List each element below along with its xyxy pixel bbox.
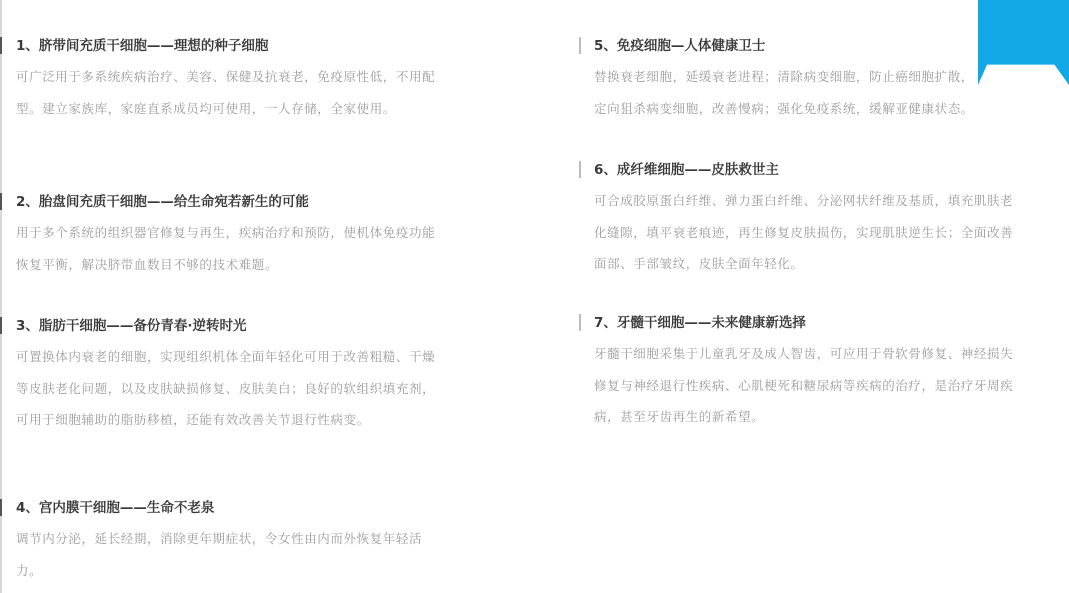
section-heading: 7、牙髓干细胞——未来健康新选择: [594, 313, 1014, 333]
heading-marker: [0, 37, 2, 54]
heading-text: 3、脂肪干细胞——备份青春·逆转时光: [16, 318, 247, 334]
section-fibroblast: 6、成纤维细胞——皮肤救世主 可合成胶原蛋白纤维、弹力蛋白纤维、分泌网状纤维及基…: [594, 160, 1014, 280]
heading-text: 2、胎盘间充质干细胞——给生命宛若新生的可能: [16, 194, 309, 210]
heading-marker: [579, 161, 581, 178]
heading-marker: [0, 317, 2, 334]
section-body: 可置换体内衰老的细胞，实现组织机体全面年轻化可用于改善粗糙、干燥等皮肤老化问题，…: [16, 341, 436, 436]
section-heading: 3、脂肪干细胞——备份青春·逆转时光: [16, 316, 436, 336]
section-body: 牙髓干细胞采集于儿童乳牙及成人智齿，可应用于骨软骨修复、神经损失修复与神经退行性…: [594, 338, 1014, 433]
section-adipose-stem-cell: 3、脂肪干细胞——备份青春·逆转时光 可置换体内衰老的细胞，实现组织机体全面年轻…: [16, 316, 436, 436]
section-immune-cell: 5、免疫细胞—人体健康卫士 替换衰老细胞，延缓衰老进程；清除病变细胞，防止癌细胞…: [594, 36, 1014, 124]
heading-marker: [0, 193, 2, 210]
section-body: 调节内分泌，延长经期，消除更年期症状，令女性由内而外恢复年轻活力。: [16, 523, 436, 586]
section-heading: 6、成纤维细胞——皮肤救世主: [594, 160, 1014, 180]
heading-marker: [579, 37, 581, 54]
section-heading: 1、脐带间充质干细胞——理想的种子细胞: [16, 36, 436, 56]
section-umbilical-cord-msc: 1、脐带间充质干细胞——理想的种子细胞 可广泛用于多系统疾病治疗、美容、保健及抗…: [16, 36, 436, 124]
section-heading: 5、免疫细胞—人体健康卫士: [594, 36, 1014, 56]
heading-text: 7、牙髓干细胞——未来健康新选择: [594, 315, 806, 331]
section-endometrial-stem-cell: 4、宫内膜干细胞——生命不老泉 调节内分泌，延长经期，消除更年期症状，令女性由内…: [16, 498, 436, 586]
heading-text: 6、成纤维细胞——皮肤救世主: [594, 162, 779, 178]
section-dental-pulp-stem-cell: 7、牙髓干细胞——未来健康新选择 牙髓干细胞采集于儿童乳牙及成人智齿，可应用于骨…: [594, 313, 1014, 433]
section-body: 可合成胶原蛋白纤维、弹力蛋白纤维、分泌网状纤维及基质，填充肌肤老化缝隙，填平衰老…: [594, 185, 1014, 280]
heading-marker: [0, 499, 2, 516]
section-body: 用于多个系统的组织器官修复与再生，疾病治疗和预防，使机体免疫功能恢复平衡，解决脐…: [16, 217, 436, 280]
section-body: 替换衰老细胞，延缓衰老进程；清除病变细胞，防止癌细胞扩散，定向狙杀病变细胞，改善…: [594, 61, 984, 124]
heading-text: 4、宫内膜干细胞——生命不老泉: [16, 500, 214, 516]
section-heading: 4、宫内膜干细胞——生命不老泉: [16, 498, 436, 518]
section-heading: 2、胎盘间充质干细胞——给生命宛若新生的可能: [16, 192, 436, 212]
section-placenta-msc: 2、胎盘间充质干细胞——给生命宛若新生的可能 用于多个系统的组织器官修复与再生，…: [16, 192, 436, 280]
heading-text: 1、脐带间充质干细胞——理想的种子细胞: [16, 38, 268, 54]
heading-text: 5、免疫细胞—人体健康卫士: [594, 38, 765, 54]
section-body: 可广泛用于多系统疾病治疗、美容、保健及抗衰老，免疫原性低，不用配型。建立家族库，…: [16, 61, 436, 124]
heading-marker: [579, 314, 581, 331]
